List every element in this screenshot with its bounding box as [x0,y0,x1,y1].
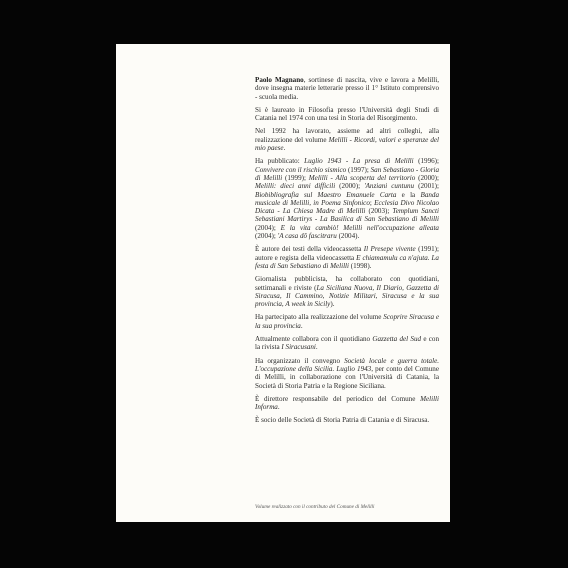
bio-paragraph-publications: Ha pubblicato: Luglio 1943 - La presa di… [255,157,439,240]
sponsor-credit: Volume realizzato con il contributo del … [255,504,445,510]
bio-paragraph-journalism: Giornalista pubblicista, ha collaborato … [255,275,439,308]
bio-paragraph-conference: Ha organizzato il convegno Società local… [255,357,439,390]
bio-paragraph-current: Attualmente collabora con il quotidiano … [255,335,439,352]
bio-paragraph-volume: Ha partecipato alla realizzazione del vo… [255,313,439,330]
bio-paragraph-member: È socio delle Società di Storia Patria d… [255,416,439,424]
bio-paragraph-director: È direttore responsabile del periodico d… [255,395,439,412]
author-name: Paolo Magnano [255,76,304,84]
author-biography: Paolo Magnano, sortinese di nascita, viv… [255,76,439,430]
book-page: Paolo Magnano, sortinese di nascita, viv… [116,44,450,522]
bio-paragraph-1992: Nel 1992 ha lavorato, assieme ad altri c… [255,127,439,152]
bio-paragraph-videos: È autore dei testi della videocassetta I… [255,245,439,270]
bio-paragraph-education: Si è laureato in Filosofia presso l'Univ… [255,106,439,123]
bio-paragraph-intro: Paolo Magnano, sortinese di nascita, viv… [255,76,439,101]
